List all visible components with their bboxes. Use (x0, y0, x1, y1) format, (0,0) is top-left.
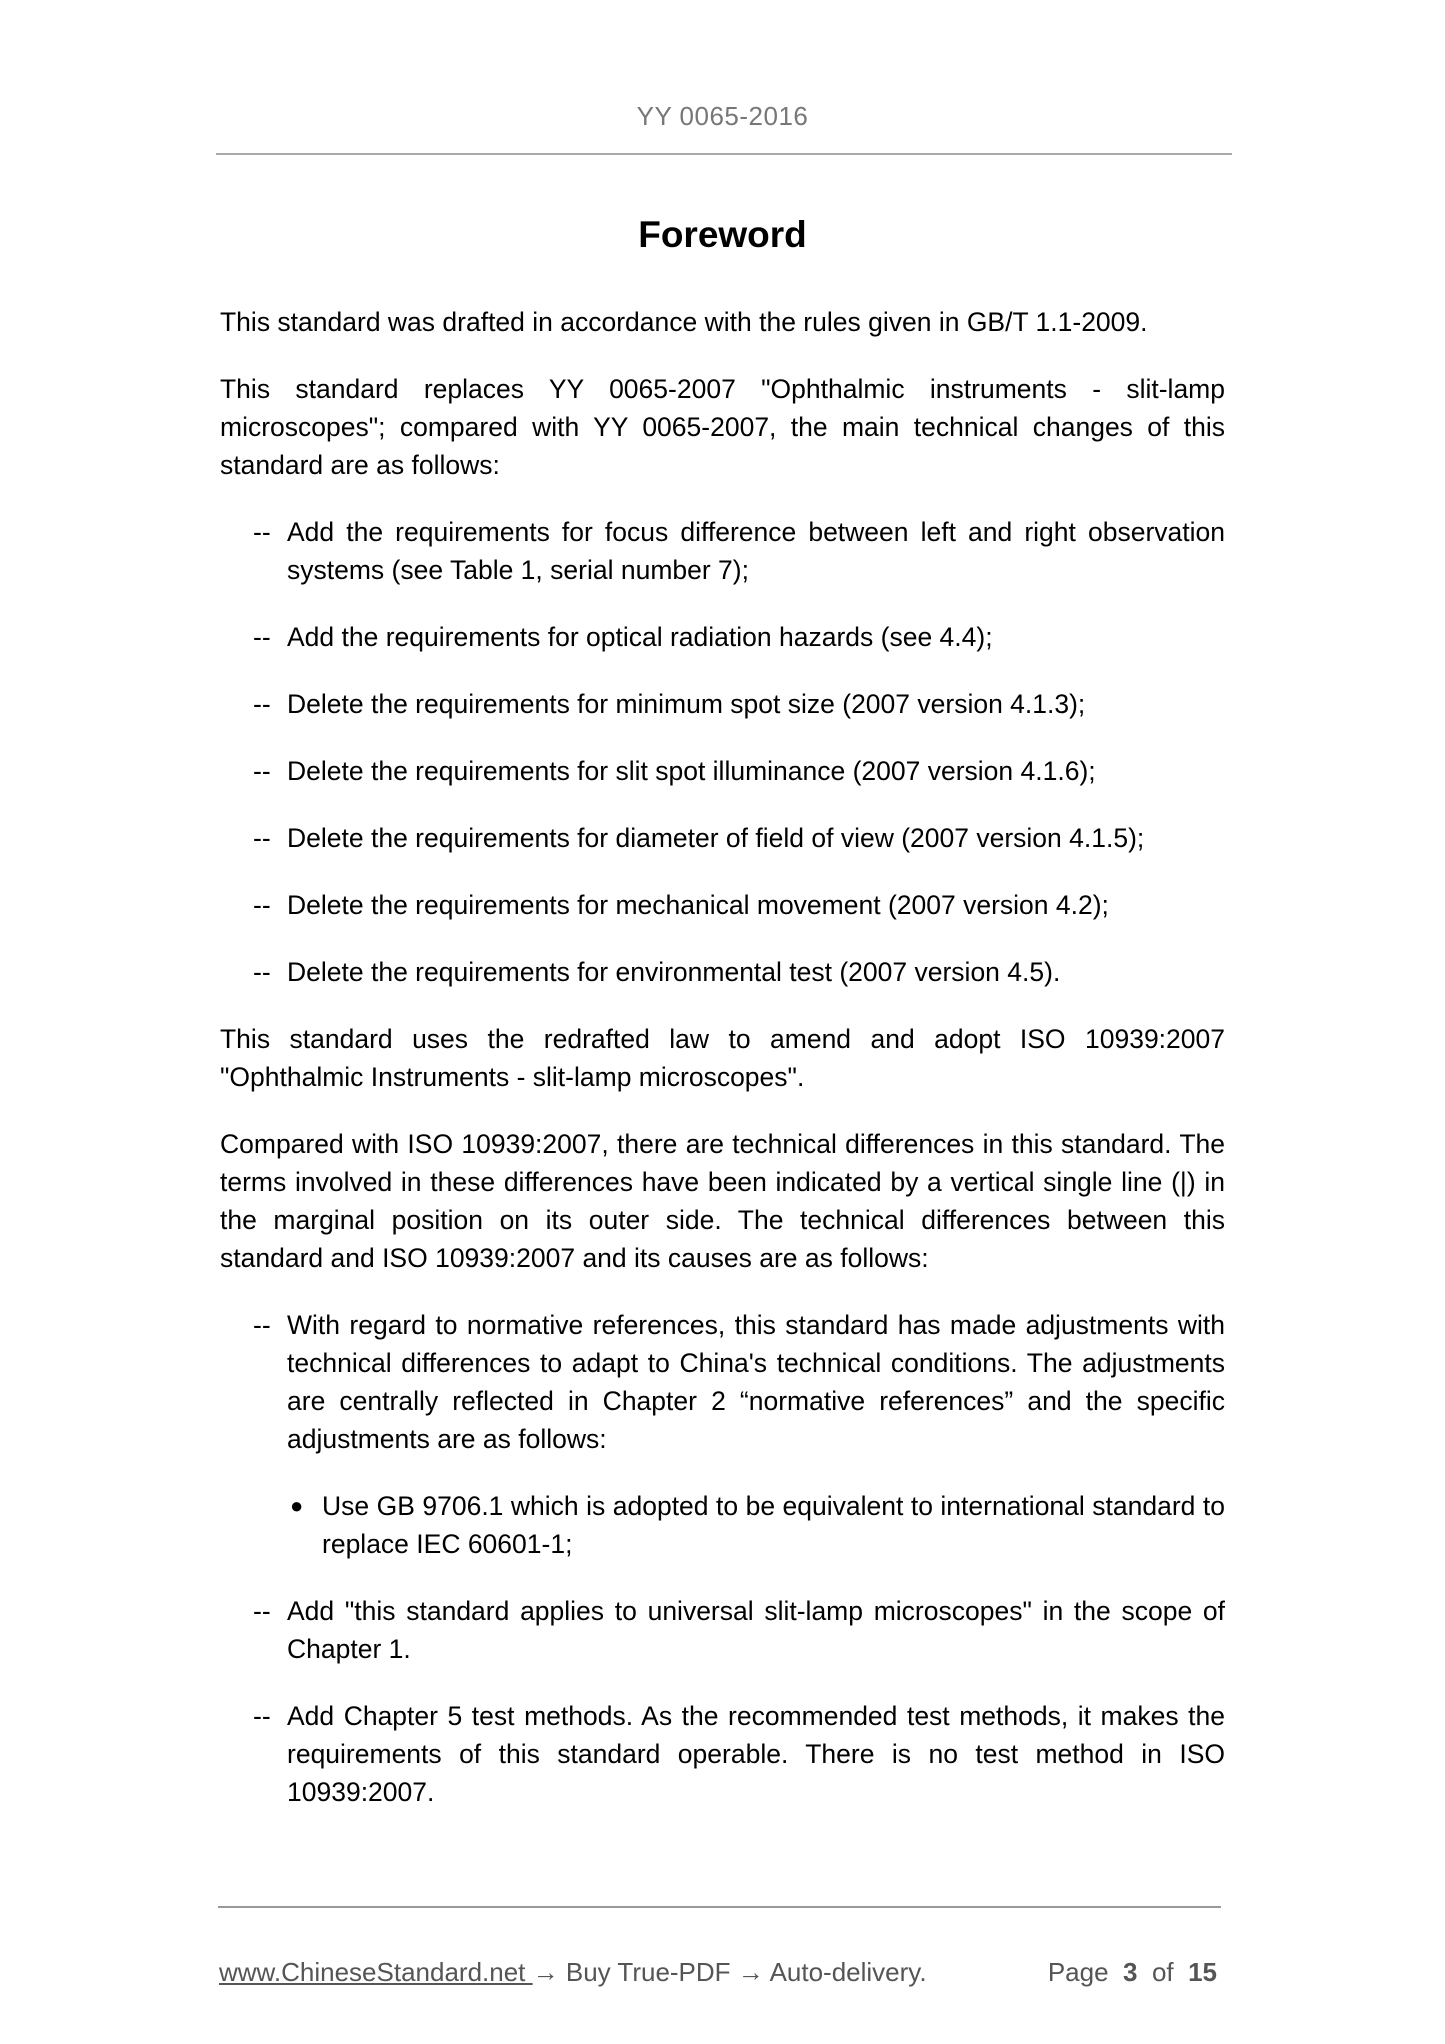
current-page: 3 (1123, 1957, 1137, 1987)
changes-list: --Add the requirements for focus differe… (220, 513, 1225, 991)
document-id-header: YY 0065-2016 (0, 101, 1445, 132)
dash-marker: -- (253, 752, 271, 790)
dash-marker: -- (253, 513, 271, 551)
bullet-dot-icon: ● (290, 1487, 303, 1525)
sub-bullet-item: ●Use GB 9706.1 which is adopted to be eq… (290, 1487, 1225, 1563)
dash-marker: -- (253, 1592, 271, 1630)
dash-marker: -- (253, 685, 271, 723)
paragraph-drafting-rules: This standard was drafted in accordance … (220, 303, 1225, 341)
dash-marker: -- (253, 618, 271, 656)
differences-list: --With regard to normative references, t… (220, 1306, 1225, 1811)
footer-buy-text: Buy True-PDF (559, 1957, 738, 1987)
list-item: --With regard to normative references, t… (253, 1306, 1225, 1458)
footer-divider (218, 1906, 1221, 1908)
footer-delivery-text: Auto-delivery. (764, 1957, 927, 1987)
list-item: --Add the requirements for optical radia… (253, 618, 1225, 656)
list-item: --Delete the requirements for mechanical… (253, 886, 1225, 924)
dash-marker: -- (253, 886, 271, 924)
list-item: --Delete the requirements for environmen… (253, 953, 1225, 991)
dash-marker: -- (253, 819, 271, 857)
paragraph-adoption: This standard uses the redrafted law to … (220, 1020, 1225, 1096)
paragraph-technical-differences: Compared with ISO 10939:2007, there are … (220, 1125, 1225, 1277)
page-title: Foreword (0, 214, 1445, 256)
arrow-right-icon: → (738, 1957, 764, 1987)
list-item: --Add the requirements for focus differe… (253, 513, 1225, 589)
dash-marker: -- (253, 1306, 271, 1344)
page-number: Page 3 of 15 (1048, 1957, 1217, 1988)
arrow-right-icon: → (533, 1957, 559, 1987)
list-item: --Add "this standard applies to universa… (253, 1592, 1225, 1668)
list-item: --Delete the requirements for minimum sp… (253, 685, 1225, 723)
chinesestandard-link[interactable]: www.ChineseStandard.net (219, 1957, 533, 1987)
total-pages: 15 (1188, 1957, 1217, 1987)
list-item: --Delete the requirements for slit spot … (253, 752, 1225, 790)
foreword-body: This standard was drafted in accordance … (220, 303, 1225, 1840)
page-footer: www.ChineseStandard.net → Buy True-PDF →… (219, 1957, 1219, 1988)
dash-marker: -- (253, 1697, 271, 1735)
list-item: --Add Chapter 5 test methods. As the rec… (253, 1697, 1225, 1811)
dash-marker: -- (253, 953, 271, 991)
list-item: --Delete the requirements for diameter o… (253, 819, 1225, 857)
paragraph-replaces: This standard replaces YY 0065-2007 "Oph… (220, 370, 1225, 484)
header-divider (216, 153, 1232, 155)
